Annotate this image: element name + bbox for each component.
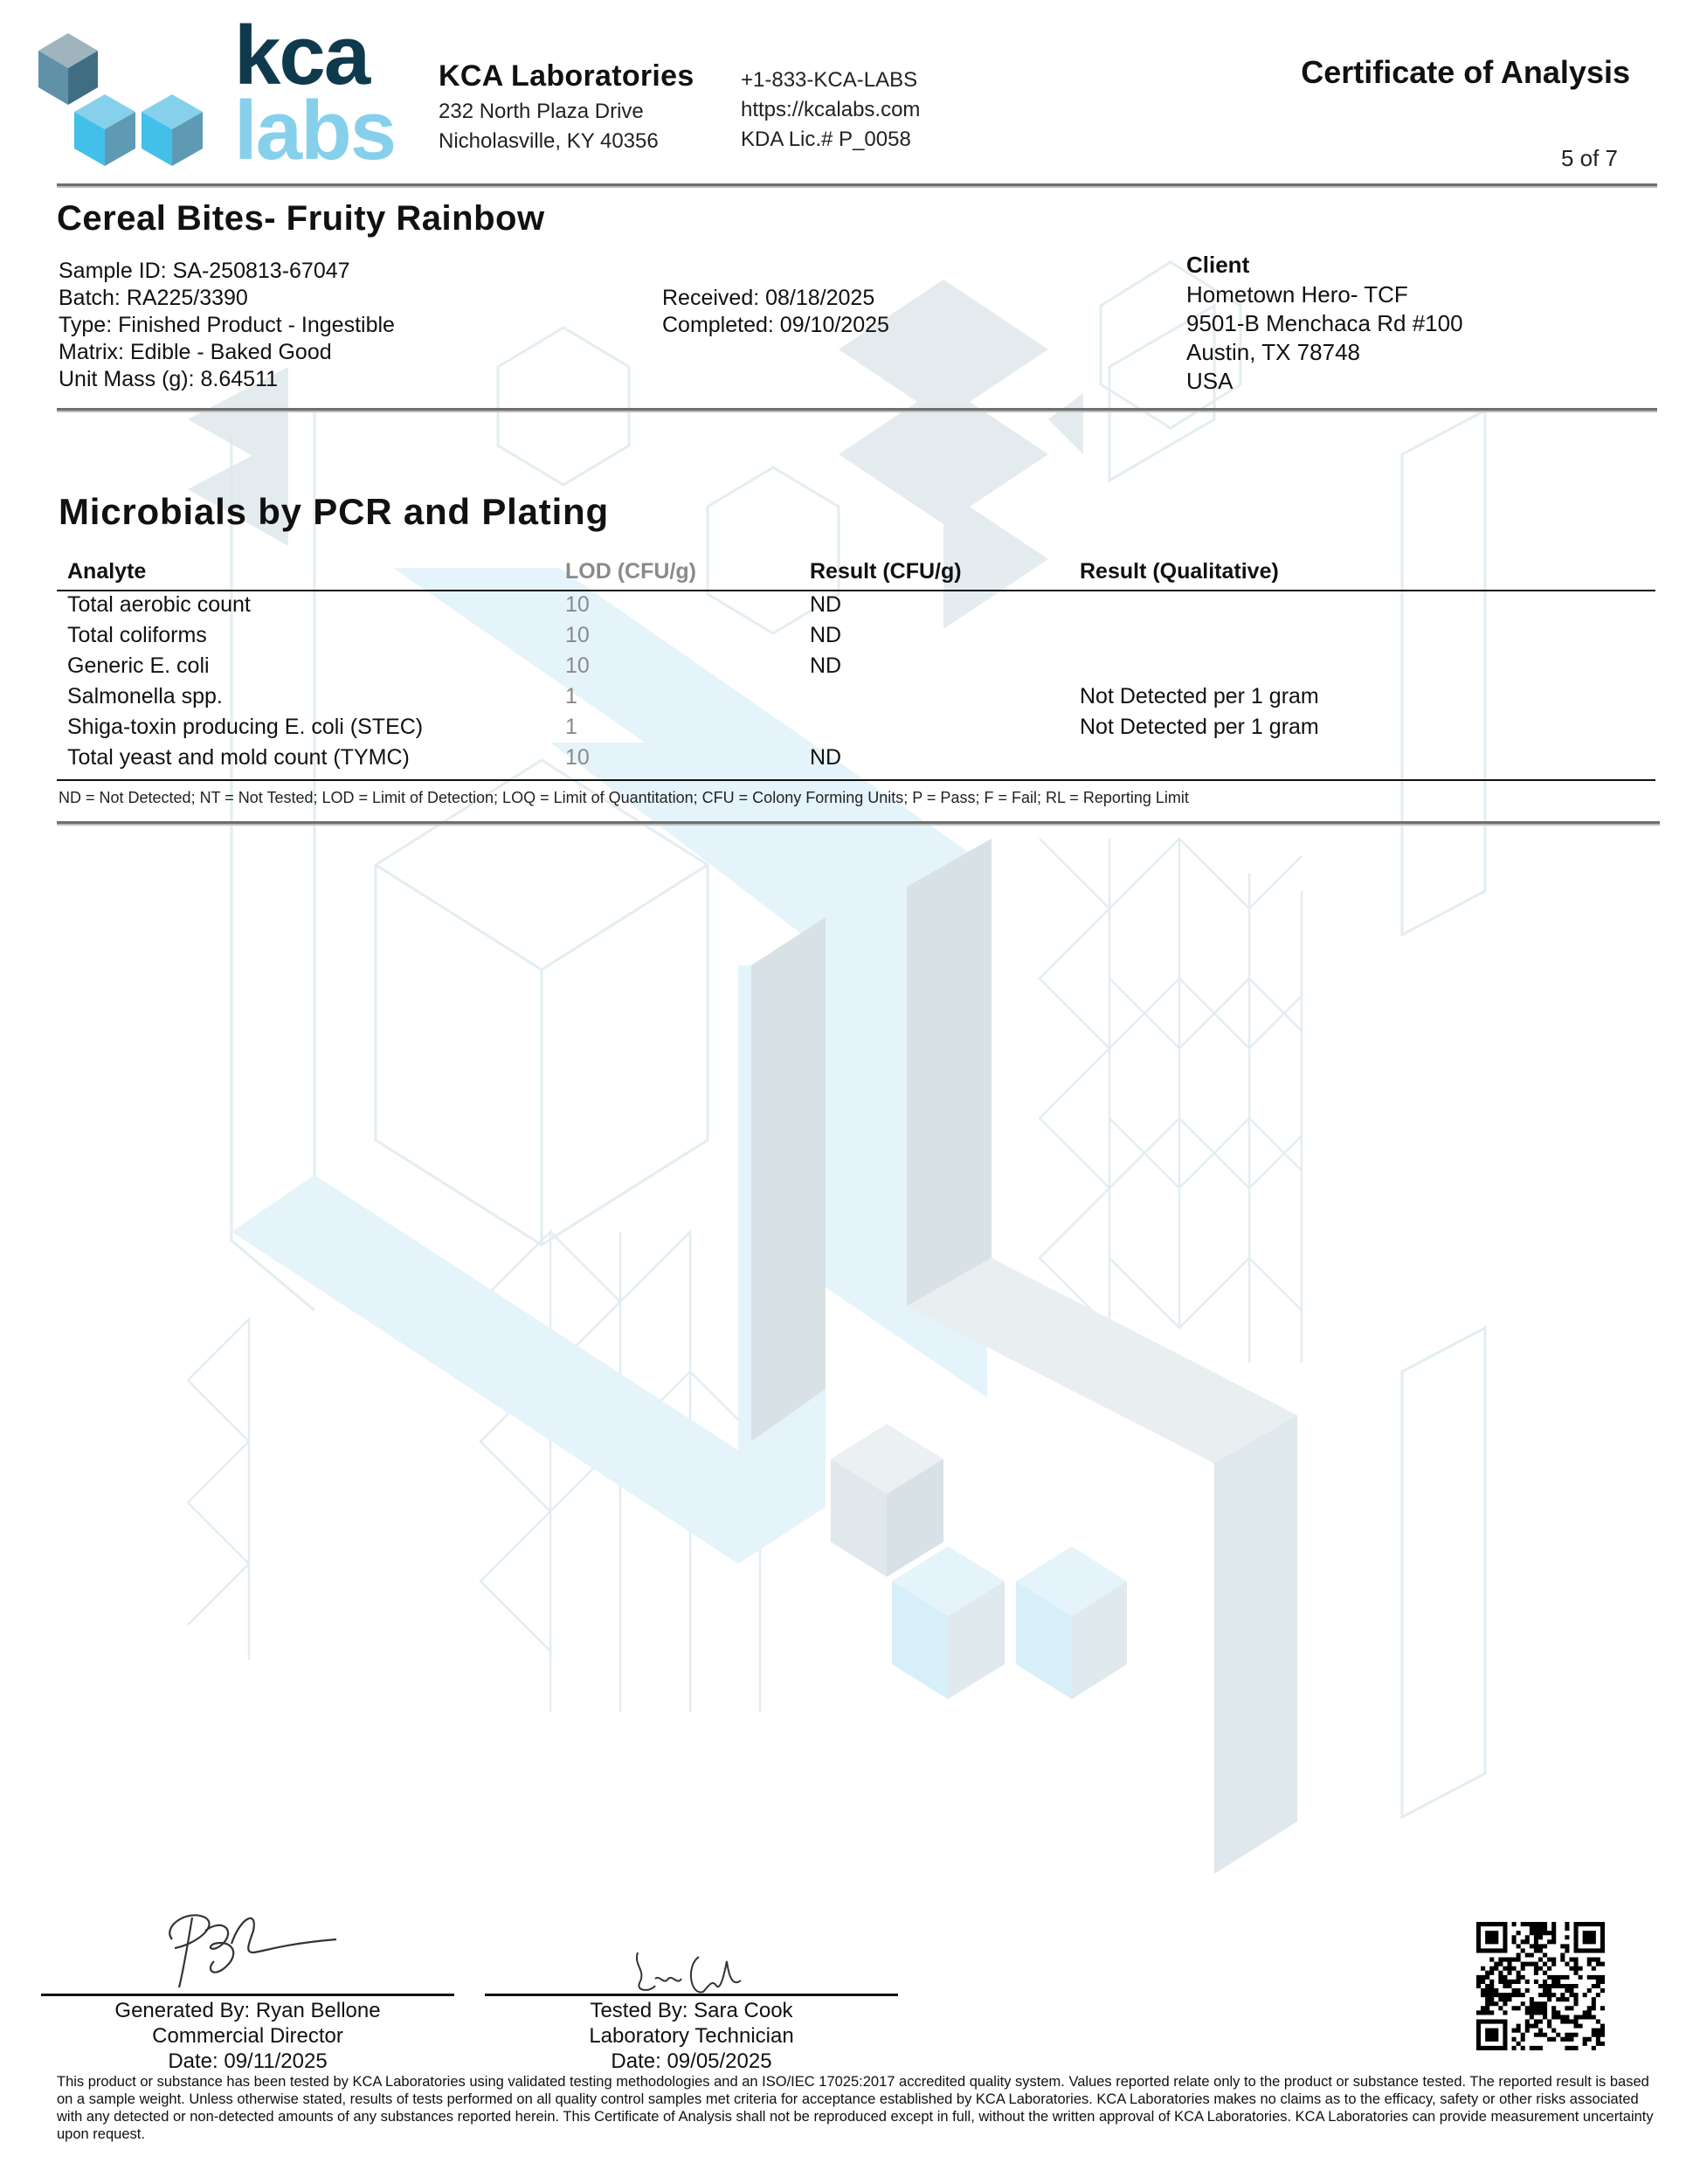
section-title-microbials: Microbials by PCR and Plating (59, 491, 609, 533)
header-divider (57, 183, 1657, 186)
column-header-result: Result (CFU/g) (810, 559, 962, 584)
analyte-cell: Shiga-toxin producing E. coli (STEC) (67, 715, 423, 740)
qualitative-cell: Not Detected per 1 gram (1080, 684, 1319, 709)
analyte-cell: Total aerobic count (67, 592, 251, 618)
analyte-cell: Generic E. coli (67, 653, 210, 679)
generated-date: Date: 09/11/2025 (41, 2049, 454, 2074)
result-cell: ND (810, 623, 841, 648)
batch: Batch: RA225/3390 (59, 286, 248, 311)
analyte-cell: Total coliforms (67, 623, 207, 648)
received-date: Received: 08/18/2025 (662, 286, 874, 311)
result-cell: ND (810, 653, 841, 679)
lab-license: KDA Lic.# P_0058 (741, 128, 911, 152)
client-street: 9501-B Menchaca Rd #100 (1186, 310, 1463, 337)
lod-cell: 10 (565, 592, 590, 618)
page-indicator: 5 of 7 (1561, 145, 1618, 172)
generated-by: Generated By: Ryan Bellone (41, 1999, 454, 2023)
stacked-cubes-logo-icon (35, 33, 210, 173)
qr-code-icon[interactable] (1476, 1922, 1605, 2050)
table-bottom-rule (57, 779, 1655, 781)
analyte-cell: Total yeast and mold count (TYMC) (67, 745, 410, 771)
completed-date: Completed: 09/10/2025 (662, 313, 889, 338)
lab-phone: +1-833-KCA-LABS (741, 68, 917, 93)
lod-cell: 10 (565, 623, 590, 648)
result-cell: ND (810, 592, 841, 618)
product-name: Cereal Bites- Fruity Rainbow (57, 199, 545, 238)
sample-id: Sample ID: SA-250813-67047 (59, 259, 350, 284)
client-city: Austin, TX 78748 (1186, 339, 1360, 366)
column-header-analyte: Analyte (67, 559, 146, 584)
matrix: Matrix: Edible - Baked Good (59, 340, 332, 365)
result-cell: ND (810, 745, 841, 771)
unit-mass: Unit Mass (g): 8.64511 (59, 367, 278, 392)
signature-line-generated (41, 1994, 454, 1996)
column-header-lod: LOD (CFU/g) (565, 559, 696, 584)
qualitative-cell: Not Detected per 1 gram (1080, 715, 1319, 740)
info-divider (57, 408, 1657, 411)
generated-by-title: Commercial Director (41, 2024, 454, 2049)
lod-cell: 1 (565, 684, 577, 709)
tested-date: Date: 09/05/2025 (485, 2049, 898, 2074)
sample-type: Type: Finished Product - Ingestible (59, 313, 395, 338)
lod-cell: 10 (565, 745, 590, 771)
lab-name: KCA Laboratories (439, 59, 694, 93)
table-header-rule (57, 590, 1655, 591)
section-divider (57, 821, 1660, 824)
tested-by-title: Laboratory Technician (485, 2024, 898, 2049)
client-country: USA (1186, 368, 1233, 395)
analyte-cell: Salmonella spp. (67, 684, 223, 709)
kca-labs-logo (35, 33, 210, 173)
signature-ryan-bellone (153, 1891, 354, 1996)
lod-cell: 1 (565, 715, 577, 740)
tested-by: Tested By: Sara Cook (485, 1999, 898, 2023)
logo-text-labs: labs (234, 87, 395, 175)
document-title: Certificate of Analysis (1301, 54, 1630, 91)
lod-cell: 10 (565, 653, 590, 679)
signature-line-tested (485, 1994, 898, 1996)
abbreviations-footnote: ND = Not Detected; NT = Not Tested; LOD … (59, 789, 1189, 807)
lab-address-line1: 232 North Plaza Drive (439, 100, 644, 124)
lab-address-line2: Nicholasville, KY 40356 (439, 129, 659, 154)
client-heading: Client (1186, 252, 1249, 279)
lab-website-link[interactable]: https://kcalabs.com (741, 98, 920, 122)
column-header-qualitative: Result (Qualitative) (1080, 559, 1279, 584)
legal-disclaimer: This product or substance has been teste… (57, 2073, 1655, 2143)
client-name: Hometown Hero- TCF (1186, 281, 1408, 308)
